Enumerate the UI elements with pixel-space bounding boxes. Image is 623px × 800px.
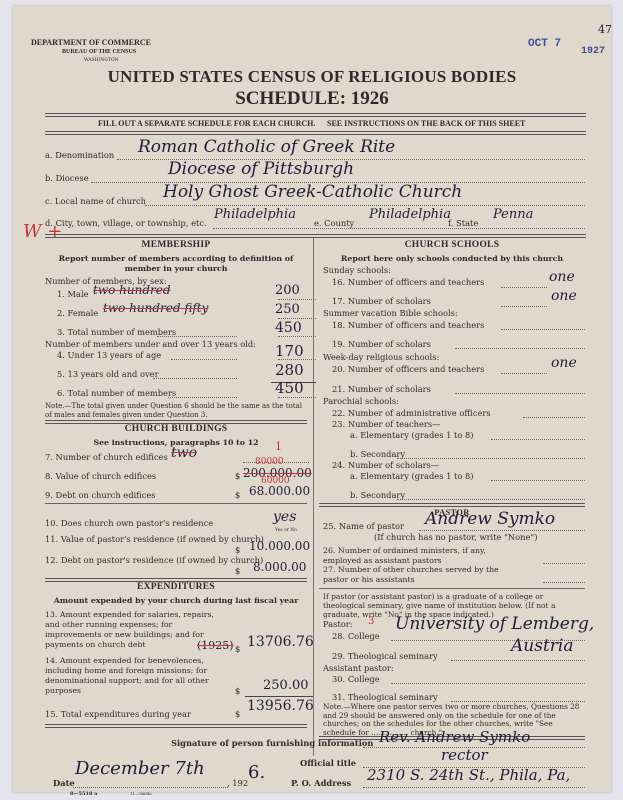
summer-schools-label: Summer vacation Bible schools: <box>323 308 458 318</box>
male-label: 1. Male <box>57 289 89 299</box>
print-code: 11—9664e <box>130 791 152 796</box>
schools-heading: CHURCH SCHOOLS <box>319 240 585 250</box>
sunday-officers-label: 16. Number of officers and teachers <box>332 277 484 287</box>
expenditures-heading: EXPENDITURES <box>45 582 307 592</box>
over-13-field[interactable]: 280 <box>275 361 304 379</box>
year-field[interactable]: 6. <box>248 762 265 783</box>
membership-heading: MEMBERSHIP <box>45 240 307 250</box>
total-expenditures-label: 15. Total expenditures during year <box>45 709 191 719</box>
assistant-ministers-label: 26. Number of ordained ministers, if any… <box>323 546 523 565</box>
currency-symbol: $ <box>235 490 240 500</box>
pastor-review-mark: 3 <box>368 616 374 627</box>
edifices-debt-field[interactable]: 68.000.00 <box>249 484 310 498</box>
parochial-schools-label: Parochial schools: <box>323 396 399 406</box>
reviewer-margin-mark: W + <box>23 221 62 242</box>
currency-symbol: $ <box>235 566 240 576</box>
assistant-pastor-label: Assistant pastor: <box>323 663 394 673</box>
diocese-field[interactable]: Diocese of Pittsburgh <box>168 159 354 179</box>
membership-note: Note.—The total given under Question 6 s… <box>45 402 307 420</box>
state-label: f. State <box>448 218 478 228</box>
other-churches-label: 27. Number of other churches served by t… <box>323 565 523 584</box>
form-number: 8—5518 a <box>70 791 97 797</box>
sunday-scholars-label: 17. Number of scholars <box>332 296 431 306</box>
diocese-label: b. Diocese <box>45 173 89 183</box>
female-label: 2. Female <box>57 308 98 318</box>
assistant-college-label: 30. College <box>332 674 380 684</box>
fiscal-year-note: (1925) <box>197 639 234 652</box>
expenditures-subheading: Amount expended by your church during la… <box>45 596 307 606</box>
benevolences-label: 14. Amount expended for benevolences, in… <box>45 656 225 696</box>
state-field[interactable]: Penna <box>493 207 533 222</box>
denomination-label: a. Denomination <box>45 150 114 160</box>
weekday-scholars-label: 21. Number of scholars <box>332 384 431 394</box>
census-schedule-sheet: DEPARTMENT OF COMMERCE BUREAU OF THE CEN… <box>13 6 611 792</box>
over-13-label: 5. 13 years old and over <box>57 369 159 379</box>
seminary-field[interactable]: Austria <box>511 636 573 656</box>
running-expenses-field[interactable]: 13706.76 <box>247 634 314 650</box>
scholars-elementary-label: a. Elementary (grades 1 to 8) <box>350 471 474 481</box>
official-title-label: Official title <box>300 758 356 768</box>
weekday-officers-field[interactable]: one <box>551 355 577 371</box>
church-name-label: c. Local name of church <box>45 196 146 206</box>
female-count-field[interactable]: 250 <box>275 302 300 317</box>
city-field[interactable]: Philadelphia <box>214 207 296 222</box>
edifices-value-label: 8. Value of church edifices <box>45 471 156 481</box>
summer-officers-label: 18. Number of officers and teachers <box>332 320 484 330</box>
date-label: Date <box>53 778 75 788</box>
currency-symbol: $ <box>235 545 240 555</box>
owns-residence-label: 10. Does church own pastor's residence <box>45 518 213 528</box>
assistant-seminary-label: 31. Theological seminary <box>332 692 438 702</box>
edifices-debt-label: 9. Debt on church edifices <box>45 490 156 500</box>
college-field[interactable]: University of Lemberg, <box>395 614 594 634</box>
scholars-label: 24. Number of scholars— <box>332 460 439 470</box>
official-title-field[interactable]: rector <box>441 746 488 764</box>
pastor-education-label: Pastor: <box>323 619 353 629</box>
residence-debt-field[interactable]: 8.000.00 <box>253 560 306 574</box>
no-pastor-hint: (If church has no pastor, write "None") <box>374 532 537 542</box>
county-field[interactable]: Philadelphia <box>369 207 451 222</box>
church-name-field[interactable]: Holy Ghost Greek-Catholic Church <box>163 182 462 202</box>
edifices-count-label: 7. Number of church edifices <box>45 452 168 462</box>
schedule-title: SCHEDULE: 1926 <box>13 88 611 110</box>
schools-subheading: Report here only schools conducted by th… <box>319 254 585 264</box>
edifices-count-field[interactable]: two <box>171 445 197 461</box>
sunday-schools-label: Sunday schools: <box>323 265 391 275</box>
bureau-label: BUREAU OF THE CENSUS <box>62 49 136 55</box>
buildings-heading: CHURCH BUILDINGS <box>45 424 307 434</box>
po-address-field[interactable]: 2310 S. 24th St., Phila, Pa, <box>367 766 570 784</box>
residence-value-field[interactable]: 10.000.00 <box>249 539 310 553</box>
under-13-label: 4. Under 13 years of age <box>57 350 161 360</box>
received-stamp-year: 1927 <box>581 46 605 57</box>
membership-subheading: Report number of members according to de… <box>51 254 301 274</box>
male-count-field[interactable]: 200 <box>275 283 300 298</box>
total-members-age-label: 6. Total number of members <box>57 388 176 398</box>
po-address-label: P. O. Address <box>291 778 351 788</box>
county-label: e. County <box>314 218 354 228</box>
seminary-label: 29. Theological seminary <box>332 651 438 661</box>
summer-scholars-label: 19. Number of scholars <box>332 339 431 349</box>
received-stamp-date: OCT 7 <box>528 38 561 50</box>
pastor-name-field[interactable]: Andrew Symko <box>425 509 555 529</box>
male-written: two hundred <box>93 283 171 297</box>
weekday-schools-label: Week-day religious schools: <box>323 352 439 362</box>
residence-value-label: 11. Value of pastor's residence (if owne… <box>45 534 264 544</box>
form-title: UNITED STATES CENSUS OF RELIGIOUS BODIES <box>13 67 611 87</box>
weekday-officers-label: 20. Number of officers and teachers <box>332 364 484 374</box>
date-field[interactable]: December 7th <box>75 758 205 779</box>
currency-symbol: $ <box>235 686 240 696</box>
denomination-field[interactable]: Roman Catholic of Greek Rite <box>138 137 395 157</box>
department-label: DEPARTMENT OF COMMERCE <box>31 38 151 47</box>
yes-no-hint: Yes or No <box>275 528 297 533</box>
admin-officers-label: 22. Number of administrative officers <box>332 408 491 418</box>
pastor-name-label: 25. Name of pastor <box>323 521 404 531</box>
members-by-age-label: Number of members under and over 13 year… <box>45 339 256 349</box>
under-13-field[interactable]: 170 <box>275 342 304 360</box>
female-written: two hundred fifty <box>103 301 208 315</box>
residence-debt-label: 12. Debt on pastor's residence (if owned… <box>45 555 263 565</box>
total-members-field[interactable]: 450 <box>275 320 302 336</box>
teachers-label: 23. Number of teachers— <box>332 419 440 429</box>
college-label: 28. College <box>332 631 380 641</box>
total-members-age-field[interactable]: 450 <box>275 379 304 397</box>
sunday-officers-field[interactable]: one <box>549 269 575 285</box>
back-instructions-note: SEE INSTRUCTIONS ON THE BACK OF THIS SHE… <box>327 119 525 128</box>
currency-symbol: $ <box>235 471 240 481</box>
city-label-d: d. City, town, village, or township, etc… <box>45 218 207 228</box>
total-expenditures-field[interactable]: 13956.76 <box>247 698 314 714</box>
edifices-count-correction: 1 <box>275 440 282 453</box>
city-label: WASHINGTON <box>84 58 119 63</box>
separate-schedule-instruction: FILL OUT A SEPARATE SCHEDULE FOR EACH CH… <box>98 119 315 128</box>
signature-field[interactable]: Rev. Andrew Symko <box>379 728 530 746</box>
owns-residence-field[interactable]: yes <box>273 509 296 525</box>
page-number: 47 <box>598 23 612 36</box>
year-prefix: , 192 <box>227 778 248 788</box>
sunday-scholars-field[interactable]: one <box>551 288 577 304</box>
currency-symbol: $ <box>235 644 240 654</box>
teachers-elementary-label: a. Elementary (grades 1 to 8) <box>350 430 474 440</box>
currency-symbol: $ <box>235 709 240 719</box>
signature-label: Signature of person furnishing informati… <box>171 738 373 748</box>
benevolences-field[interactable]: 250.00 <box>263 678 309 693</box>
